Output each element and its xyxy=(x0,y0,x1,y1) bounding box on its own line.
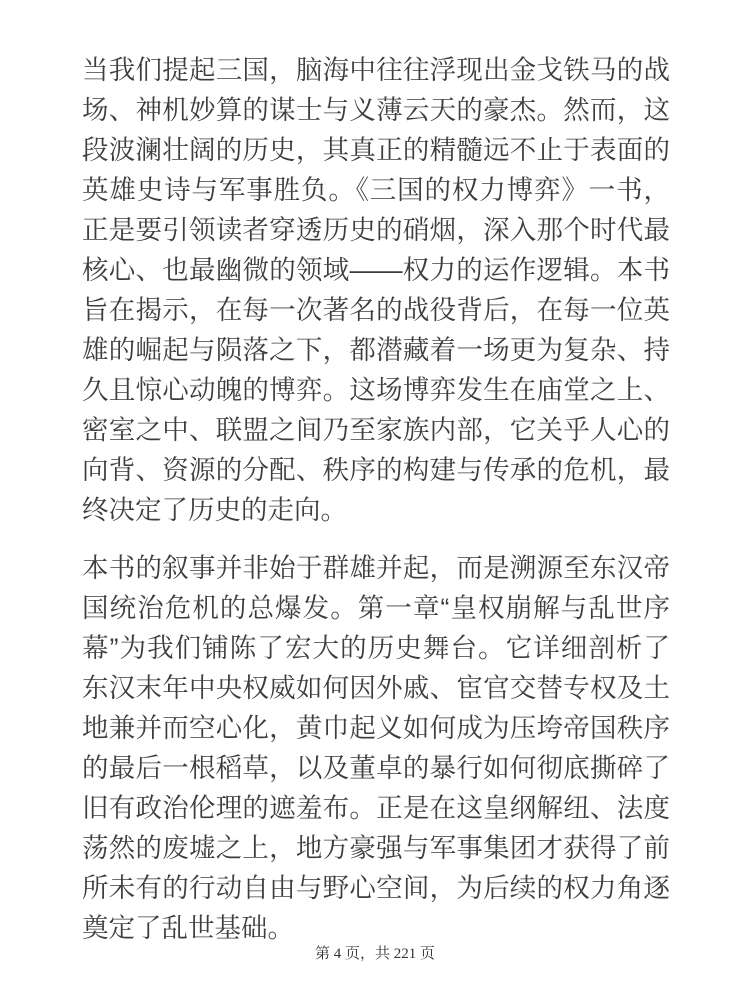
document-paragraph: 本书的叙事并非始于群雄并起，而是溯源至东汉帝国统治危机的总爆发。第一章“皇权崩解… xyxy=(82,548,670,948)
document-content: 当我们提起三国，脑海中往往浮现出金戈铁马的战场、神机妙算的谋士与义薄云天的豪杰。… xyxy=(0,0,750,948)
document-page: 当我们提起三国，脑海中往往浮现出金戈铁马的战场、神机妙算的谋士与义薄云天的豪杰。… xyxy=(0,0,750,1000)
page-number-indicator: 第 4 页，共 221 页 xyxy=(0,944,750,964)
document-paragraph: 当我们提起三国，脑海中往往浮现出金戈铁马的战场、神机妙算的谋士与义薄云天的豪杰。… xyxy=(82,50,670,530)
